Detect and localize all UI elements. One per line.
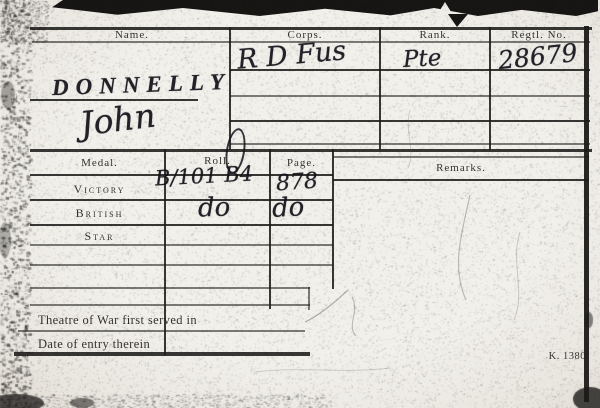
forename-signature: John [78, 96, 158, 144]
grid-line [308, 287, 310, 310]
grid-line [30, 304, 310, 306]
grid-line [489, 27, 491, 150]
grid-line [30, 287, 310, 289]
medal-row-victory-label: Victory [35, 182, 164, 197]
theatre-of-war-label: Theatre of War first served in [38, 313, 197, 328]
grid-line [269, 149, 271, 309]
medal-row-star-label: Star [35, 229, 164, 244]
medal-row-british-label: British [35, 206, 164, 221]
medal-column-header: Medal. [35, 157, 164, 169]
grid-line [30, 244, 333, 246]
date-of-entry-label: Date of entry therein [38, 337, 150, 352]
page-column-header: Page. [271, 157, 332, 169]
name-header-label: Name. [35, 29, 229, 41]
date-answer-line [14, 352, 310, 356]
roll-value-british: do [197, 192, 230, 223]
page-value-british: do [271, 192, 305, 224]
grid-line [30, 224, 333, 226]
scan-edge-band [52, 0, 598, 16]
grid-line [230, 120, 590, 122]
grid-line [30, 149, 592, 152]
grid-line [230, 143, 590, 145]
scan-band-blot [448, 14, 468, 27]
grid-line [230, 95, 590, 97]
card-right-border [584, 26, 589, 402]
medal-index-card: Name. Corps. Rank. Regtl. No. Medal. Rol… [0, 0, 600, 408]
rank-header-label: Rank. [381, 29, 489, 41]
grid-line [379, 27, 381, 150]
rank-value: Pte [402, 45, 442, 73]
theatre-answer-line [18, 330, 305, 332]
grid-line [333, 179, 589, 181]
grid-line [30, 264, 333, 266]
remarks-column-header: Remarks. [334, 162, 588, 174]
grid-line [333, 156, 589, 158]
form-code: K. 1380 [538, 351, 586, 362]
